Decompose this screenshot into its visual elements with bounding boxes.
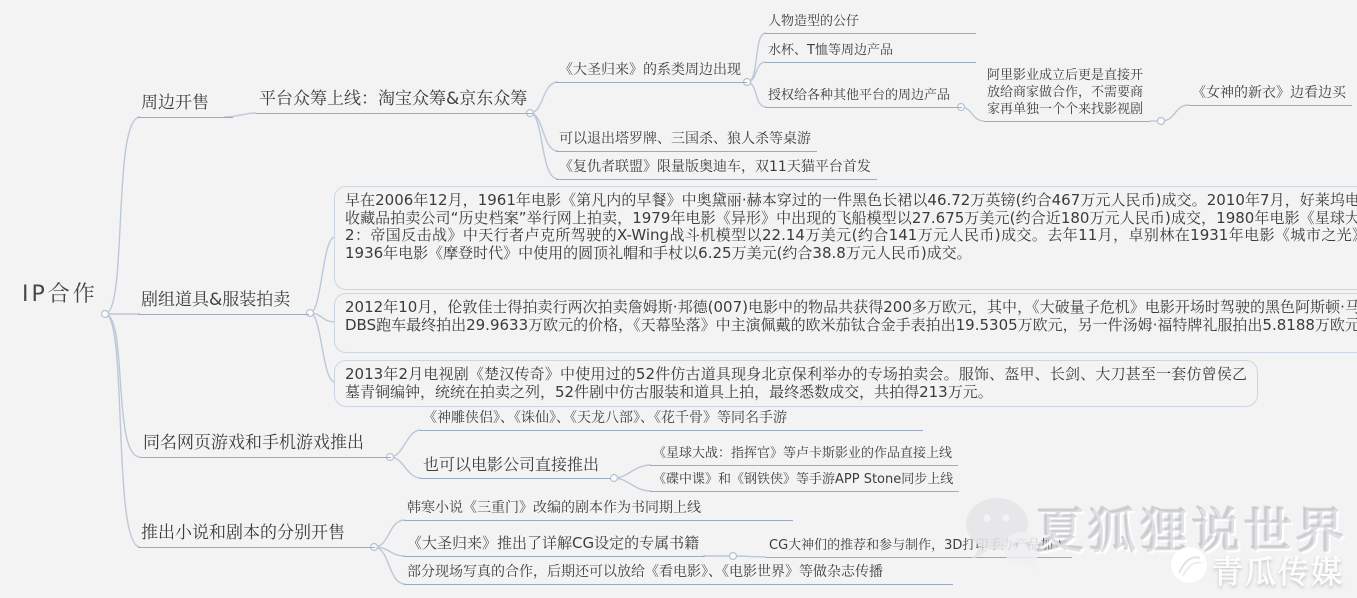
branch-games-label[interactable]: 同名网页游戏和手机游戏推出 (140, 435, 391, 458)
node-platform-licensing[interactable]: 授权给各种其他平台的周边产品 (765, 89, 962, 108)
node-hanhan-novel-script[interactable]: 韩寒小说《三重门》改编的剧本作为书同期上线 (404, 501, 793, 521)
branch-peripheral-label[interactable]: 周边开售 (138, 95, 233, 118)
node-auction-case-2012[interactable]: 2012年10月，伦敦佳士得拍卖行两次拍卖詹姆斯·邦德(007)电影中的物品共获… (334, 293, 1357, 353)
root-topic[interactable]: IP合作 (22, 284, 98, 306)
node-starwars-commander[interactable]: 《星球大战：指挥官》等卢卡斯影业的作品直接上线 (650, 447, 958, 466)
node-cups-tshirts[interactable]: 水杯、T恤等周边产品 (765, 44, 976, 63)
melon-logo-icon (1170, 546, 1210, 586)
node-goddess-new-clothes[interactable]: 《女神的新衣》边看边买 (1189, 86, 1352, 106)
node-alibaba-pictures[interactable]: 阿里影业成立后更是直接开放给商家做合作，不需要商家再单独一个个来找影视剧 (984, 67, 1150, 122)
watermark-agency-text: 青瓜传媒 (1212, 547, 1344, 592)
node-studio-direct-release[interactable]: 也可以电影公司直接推出 (420, 457, 611, 479)
node-mission-impossible-apps[interactable]: 《碟中谍》和《钢铁侠》等手游APP Stone同步上线 (650, 473, 959, 492)
node-character-figures[interactable]: 人物造型的公仔 (765, 15, 976, 34)
node-photo-magazine-coop[interactable]: 部分现场写真的合作，后期还可以放给《看电影》、《电影世界》等做杂志传播 (404, 565, 953, 585)
node-same-name-mobile-games[interactable]: 《神雕侠侣》、《诛仙》、《天龙八部》、《花千骨》等同名手游 (420, 411, 923, 431)
node-crowdfunding-platforms[interactable]: 平台众筹上线：淘宝众筹&京东众筹 (256, 91, 533, 114)
node-dasheng-series[interactable]: 《大圣归来》的系类周边出现 (556, 63, 747, 83)
wechat-icon (963, 496, 1045, 574)
node-auction-case-2013[interactable]: 2013年2月电视剧《楚汉传奇》中使用过的52件仿古道具现身北京保利举办的专场拍… (334, 360, 1258, 407)
mindmap-canvas: IP合作 周边开售 平台众筹上线：淘宝众筹&京东众筹 《大圣归来》的系类周边出现… (0, 0, 1357, 598)
node-dasheng-cg-book[interactable]: 《大圣归来》推出了详解CG设定的专属书籍 (404, 536, 705, 557)
node-auction-case-2006[interactable]: 早在2006年12月，1961年电影《第凡内的早餐》中奥黛丽·赫本穿过的一件黑色… (334, 186, 1357, 290)
node-avengers-audi[interactable]: 《复仇者联盟》限量版奥迪车，双11天猫平台首发 (556, 160, 877, 180)
node-board-games[interactable]: 可以退出塔罗牌、三国杀、狼人杀等桌游 (556, 132, 817, 152)
branch-books-label[interactable]: 推出小说和剧本的分别开售 (138, 525, 375, 548)
branch-auction-label[interactable]: 剧组道具&服装拍卖 (138, 292, 309, 315)
